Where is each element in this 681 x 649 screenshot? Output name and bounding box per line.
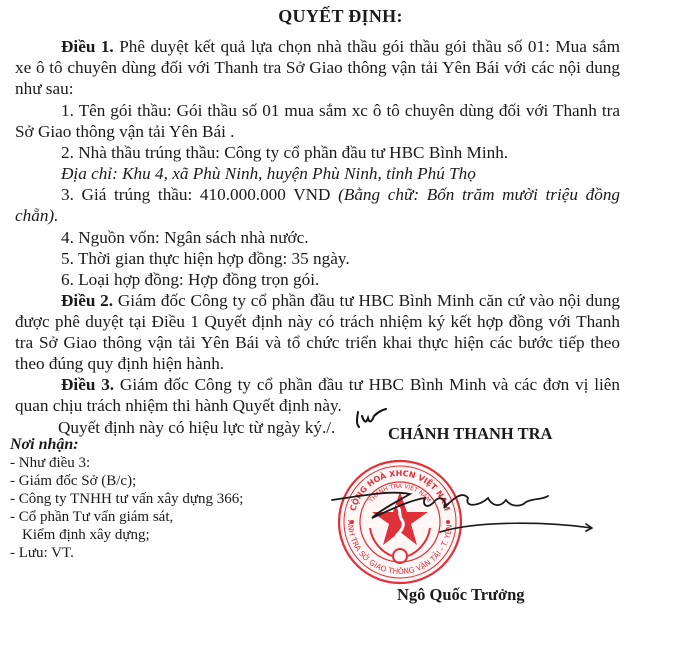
article3-line2: quan chịu trách nhiệm thi hành Quyết địn…: [15, 396, 342, 416]
item4-funding: 4. Nguồn vốn: Ngân sách nhà nước.: [61, 228, 309, 248]
signer-title: CHÁNH THANH TRA: [388, 424, 552, 444]
recipients-heading: Nơi nhận:: [10, 436, 79, 454]
recipient-item: - Công ty TNHH tư vấn xây dựng 366;: [10, 491, 243, 509]
item5-duration: 5. Thời gian thực hiện hợp đồng: 35 ngày…: [61, 249, 350, 269]
item1-line2: Sở Giao thông vận tải Yên Bái .: [15, 122, 234, 142]
article2-line1: Điều 2. Giám đốc Công ty cổ phần đầu tư …: [61, 291, 620, 311]
recipient-item: - Lưu: VT.: [10, 545, 74, 563]
item2-winner: 2. Nhà thầu trúng thầu: Công ty cổ phần …: [61, 143, 508, 163]
article1-line2: xe ô tô chuyên dùng đối với Thanh tra Sở…: [15, 58, 620, 78]
item6-contract-type: 6. Loại hợp đồng: Hợp đồng trọn gói.: [61, 270, 319, 290]
document-title: QUYẾT ĐỊNH:: [0, 6, 681, 27]
article2-line4: theo đúng quy định hiện hành.: [15, 354, 224, 374]
winner-address: Địa chỉ: Khu 4, xã Phù Ninh, huyện Phù N…: [61, 164, 476, 184]
recipient-item: - Như điều 3:: [10, 455, 90, 473]
article3-label: Điều 3.: [61, 375, 114, 394]
article3-line1: Điều 3. Giám đốc Công ty cổ phần đầu tư …: [61, 375, 620, 395]
item3-price-end: chẵn).: [15, 206, 58, 226]
item3-price: 3. Giá trúng thầu: 410.000.000 VND (Bằng…: [61, 185, 620, 205]
initials-mark: [354, 408, 388, 430]
signer-name: Ngô Quốc Trưởng: [397, 585, 525, 605]
recipient-item: - Giám đốc Sở (B/c);: [10, 473, 136, 491]
article1-label: Điều 1.: [61, 37, 114, 56]
recipient-item: - Cổ phần Tư vấn giám sát,: [10, 509, 173, 527]
item1-line1: 1. Tên gói thầu: Gói thầu số 01 mua sắm …: [61, 101, 620, 121]
article2-label: Điều 2.: [61, 291, 113, 310]
handwritten-signature: [330, 480, 600, 550]
article2-line2: được phê duyệt tại Điều 1 Quyết định này…: [15, 312, 620, 332]
recipient-item: Kiểm định xây dựng;: [22, 527, 150, 545]
article2-line3: tra Sở Giao thông vận tải Yên Bái và tổ …: [15, 333, 620, 353]
effective-clause: Quyết định này có hiệu lực từ ngày ký./.: [58, 418, 335, 438]
decision-document: QUYẾT ĐỊNH: Điều 1. Phê duyệt kết quả lự…: [0, 0, 681, 649]
article1-line1: Điều 1. Phê duyệt kết quả lựa chọn nhà t…: [61, 37, 620, 57]
article1-line3: như sau:: [15, 79, 74, 99]
